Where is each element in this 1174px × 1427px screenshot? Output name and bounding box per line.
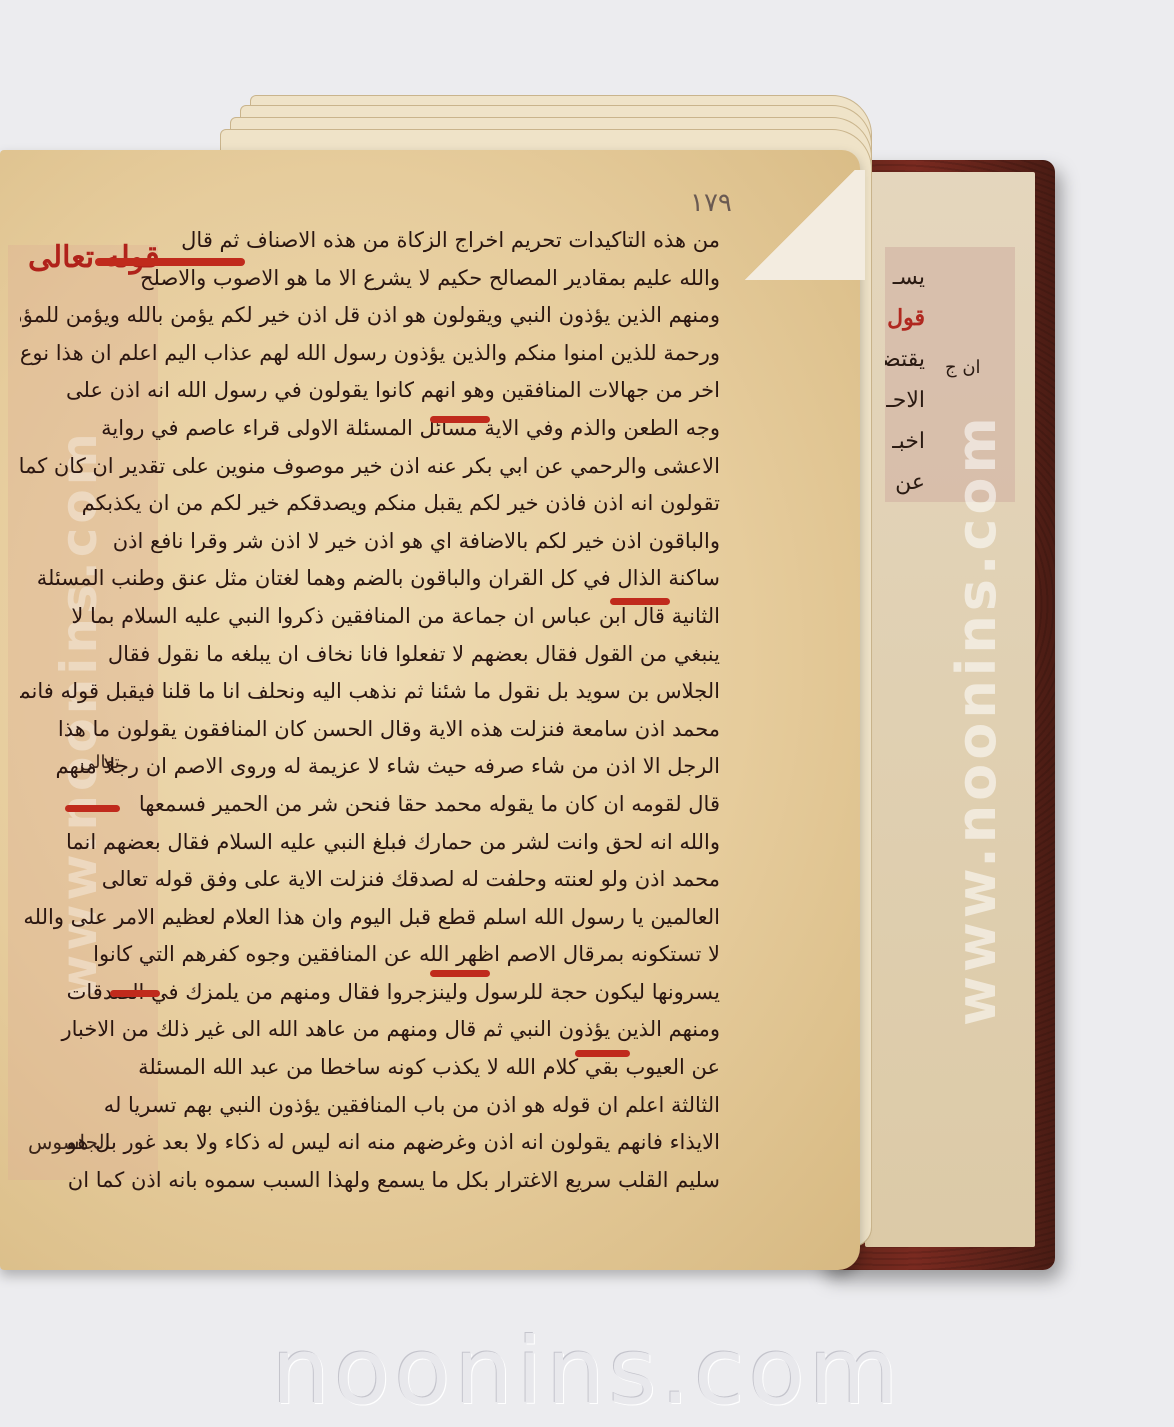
text-line: محمد اذن سامعة فنزلت هذه الاية وقال الحس… <box>20 711 720 749</box>
text-line: الثالثة اعلم ان قوله هو اذن من باب المنا… <box>20 1087 720 1125</box>
rubric-stroke <box>610 598 670 605</box>
text-line: والله انه لحق وانت لشر من حمارك فبلغ الن… <box>20 824 720 862</box>
text-line: ساكنة الذال في كل القران والباقون بالضم … <box>20 560 720 598</box>
right-leaf-word: يسـ <box>885 257 925 298</box>
rubric-stroke <box>430 416 490 423</box>
text-line: الرجل الا اذن من شاء صرفه حيث شاء لا عزي… <box>20 748 720 786</box>
rubric-stroke <box>110 990 160 997</box>
right-leaf-word: اخبـ <box>885 421 925 462</box>
text-line: والباقون اذن خير لكم بالاضافة اي هو اذن … <box>20 523 720 561</box>
right-leaf-word: عن <box>885 462 925 503</box>
text-line: الايذاء فانهم يقولون انه اذن وغرضهم منه … <box>20 1124 720 1162</box>
text-line: ومنهم الذين يؤذون النبي ثم قال ومنهم من … <box>20 1011 720 1049</box>
vertical-watermark-right: www.noonins.com <box>945 250 1005 1190</box>
text-line: ينبغي من القول فقال بعضهم لا تفعلوا فانا… <box>20 636 720 674</box>
text-line: تقولون انه اذن فاذن خير لكم يقبل منكم وي… <box>20 485 720 523</box>
text-line: ورحمة للذين امنوا منكم والذين يؤذون رسول… <box>20 335 720 373</box>
rubric-stroke <box>430 970 490 977</box>
text-line: لا تستكونه بمرقال الاصم اظهر الله عن الم… <box>20 936 720 974</box>
text-line: قال لقومه ان كان ما يقوله محمد حقا فنحن … <box>20 786 720 824</box>
text-line: وجه الطعن والذم وفي الاية مسائل المسئلة … <box>20 410 720 448</box>
right-leaf-rubric: قول <box>885 298 925 339</box>
text-line: محمد اذن ولو لعنته وحلفت له لصدقك فنزلت … <box>20 861 720 899</box>
text-line: اخر من جهالات المنافقين وهو انهم كانوا ي… <box>20 372 720 410</box>
corner-fold <box>735 170 865 280</box>
text-line: من هذه التاكيدات تحريم اخراج الزكاة من ه… <box>20 222 720 260</box>
text-line: الجلاس بن سويد بل نقول ما شئنا ثم نذهب ا… <box>20 673 720 711</box>
right-leaf-word: الاحـ <box>885 380 925 421</box>
rubric-stroke <box>65 805 120 812</box>
manuscript-photo: يسـ قول يقتضـ الاحـ اخبـ عن ان ج www.noo… <box>0 0 1174 1427</box>
right-leaf-word: يقتضـ <box>885 339 925 380</box>
right-leaf-words: يسـ قول يقتضـ الاحـ اخبـ عن <box>885 257 925 503</box>
text-line: سليم القلب سريع الاغترار بكل ما يسمع وله… <box>20 1162 720 1200</box>
text-line: ومنهم الذين يؤذون النبي ويقولون هو اذن ق… <box>20 297 720 335</box>
folio-number: ١٧٩ <box>690 188 732 218</box>
rubric-stroke <box>575 1050 630 1057</box>
text-line: العالمين يا رسول الله اسلم قطع قبل اليوم… <box>20 899 720 937</box>
rubric-stroke <box>95 258 245 266</box>
bottom-watermark: noonins.com <box>0 1318 1174 1425</box>
text-line: الاعشى والرحمي عن ابي بكر عنه اذن خير مو… <box>20 448 720 486</box>
